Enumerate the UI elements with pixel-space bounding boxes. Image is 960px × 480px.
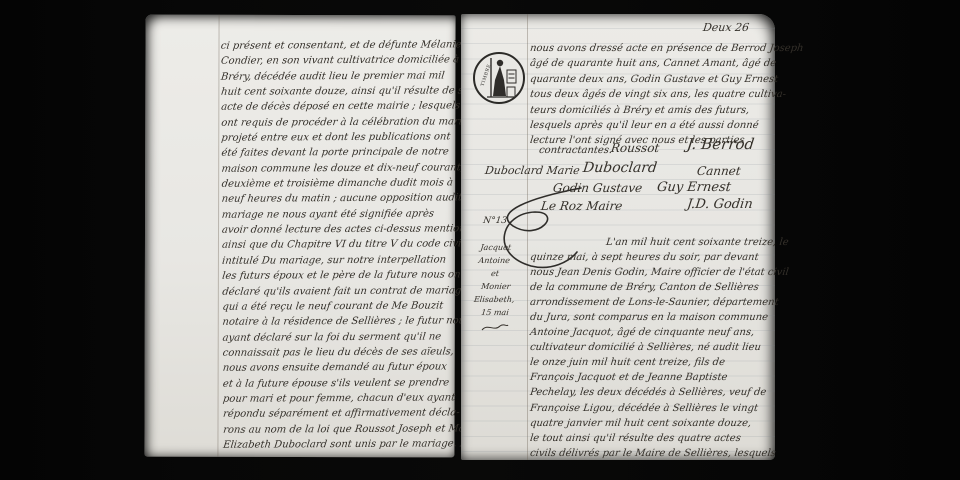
handwritten-line: intitulé Du mariage, sur notre interpell… [222,252,452,269]
handwritten-line: acte de décès déposé en cette mairie ; l… [221,99,451,116]
margin-note: N°13 Jacquot Antoine et Monier Elisabeth… [463,215,527,333]
handwritten-line: ont requis de procéder à la célébration … [221,114,451,131]
handwritten-line: quatre janvier mil huit cent soixante do… [530,416,772,431]
signature-berrod: J. Berrod [686,135,755,153]
left-page-margin-rule [217,15,219,457]
handwritten-line: ainsi que du Chapitre VI du titre V du c… [222,237,452,254]
scanned-register-spread: ci présent et consentant, et de défunte … [0,0,960,480]
right-page: Deux 26 TIMBRE nous avons dressé acte en… [461,14,775,460]
handwritten-line: âgé de quarante huit ans, Cannet Amant, … [530,56,772,71]
handwritten-line: ayant déclaré sur la foi du serment qu'i… [222,329,452,346]
left-page-text: ci présent et consentant, et de défunte … [221,37,454,453]
left-page: ci présent et consentant, et de défunte … [144,15,455,458]
handwritten-line: tous deux âgés de vingt six ans, les qua… [530,87,772,102]
handwritten-line: les futurs époux et le père de la future… [222,268,452,285]
signature-guy-ernest: Guy Ernest [656,180,732,195]
handwritten-line: Antoine Jacquot, âgé de cinquante neuf a… [530,325,772,340]
handwritten-line: mariage ne nous ayant été signifiée aprè… [222,206,452,223]
handwritten-line: neuf heures du matin ; aucune opposition… [222,191,452,208]
act-number: N°13 [462,215,528,228]
handwritten-line: maison commune les douze et dix-neuf cou… [221,160,451,177]
handwritten-line: de la commune de Bréry, Canton de Selliè… [530,280,772,295]
handwritten-line: quarante deux ans, Godin Gustave et Guy … [530,72,772,87]
handwritten-line: le tout ainsi qu'il résulte des quatre a… [530,431,772,446]
handwritten-line: François Jacquot et de Jeanne Baptiste [530,370,772,385]
handwritten-line: du Jura, sont comparus en la maison comm… [530,310,772,325]
handwritten-line: Françoise Ligou, décédée à Sellières le … [530,401,772,416]
timbre-stamp-icon: TIMBRE [471,50,527,106]
closing-word: contractantes. [538,145,612,156]
act-paragraph: L'an mil huit cent soixante treize, lequ… [530,235,772,461]
handwritten-line: Elizabeth Duboclard sont unis par le mar… [223,436,453,453]
handwritten-line: Bréry, décédée audit lieu le premier mai… [221,68,451,85]
handwritten-line: nous Jean Denis Godin, Maire officier de… [530,265,772,280]
handwritten-line: déclaré qu'ils avaient fait un contrat d… [222,283,452,300]
handwritten-line: civils délivrés par le Maire de Sellière… [530,446,772,461]
margin-squiggle [480,321,510,333]
witnesses-paragraph: nous avons dressé acte en présence de Be… [530,41,772,149]
folio-number: Deux 26 [702,21,750,34]
handwritten-line: le onze juin mil huit cent treize, fils … [530,355,772,370]
handwritten-line: rons au nom de la loi que Roussot Joseph… [223,421,453,438]
handwritten-line: lesquels après qu'il leur en a été aussi… [530,118,772,133]
handwritten-line: notaire à la résidence de Sellières ; le… [222,314,452,331]
margin-date: 15 mai [462,306,528,319]
handwritten-line: nous avons ensuite demandé au futur épou… [223,360,453,377]
margin-groom-name: Jacquot Antoine [461,241,528,267]
handwritten-line: pour mari et pour femme, chacun d'eux ay… [223,390,453,407]
handwritten-line: été faites devant la porte principale de… [221,145,451,162]
handwritten-line: qui a été reçu le neuf courant de Me Bou… [222,298,452,315]
signature-cannet: Cannet [696,164,741,178]
handwritten-line: nous avons dressé acte en présence de Be… [530,41,772,56]
handwritten-line: Condier, en son vivant cultivatrice domi… [221,53,451,70]
signature-duboclard: Duboclard [582,160,658,176]
margin-conjunction: et [462,267,528,280]
handwritten-line: et à la future épouse s'ils veulent se p… [223,375,453,392]
handwritten-line: teurs domiciliés à Bréry et amis des fut… [530,103,772,118]
signature-duboclard-marie: Duboclard Marie [484,164,580,177]
handwritten-line: cultivateur domicilié à Sellières, né au… [530,340,772,355]
handwritten-line: quinze mai, à sept heures du soir, par d… [530,250,772,265]
handwritten-line: arrondissement de Lons-le-Saunier, dépar… [530,295,772,310]
handwritten-line: L'an mil huit cent soixante treize, le [530,235,772,250]
handwritten-line: répondu séparément et affirmativement dé… [223,406,453,423]
handwritten-line: connaissait pas le lieu du décès de ses … [223,344,453,361]
handwritten-line: Pechelay, les deux décédés à Sellières, … [530,385,772,400]
signature-roussot: Roussot [610,141,660,155]
signature-jd-godin: J.D. Godin [686,197,753,212]
margin-bride-name: Monier Elisabeth, [461,280,528,306]
